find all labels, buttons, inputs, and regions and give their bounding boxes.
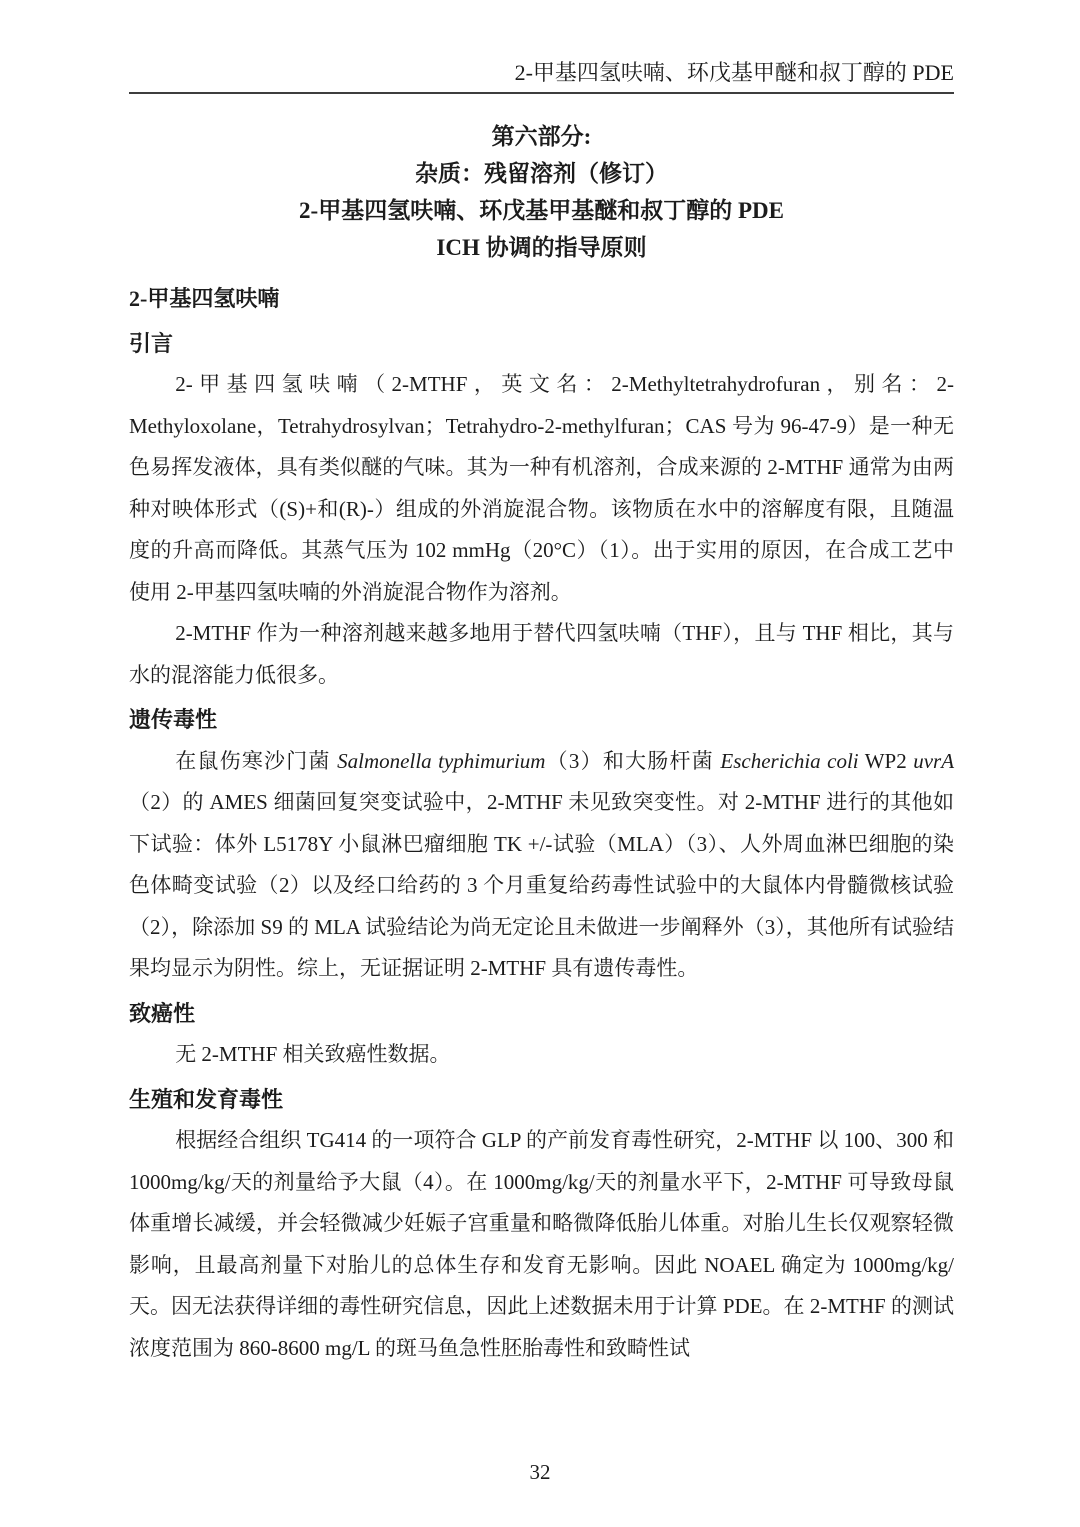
intro-paragraph-1: 2-甲基四氢呋喃（2-MTHF，英文名：2-Methyltetrahydrofu… — [129, 364, 954, 613]
page-footer: 32 — [0, 1460, 1080, 1485]
genotoxicity-text-segment: WP2 — [859, 749, 914, 773]
running-header-title: 2-甲基四氢呋喃、环戊基甲醚和叔丁醇的 PDE — [515, 60, 954, 85]
genotoxicity-text-segment: （3）和大肠杆菌 — [545, 749, 720, 773]
section-heading-carcinogenicity: 致癌性 — [129, 993, 954, 1035]
section-heading-reproductive-toxicity: 生殖和发育毒性 — [129, 1079, 954, 1121]
title-part-number: 第六部分: — [129, 118, 954, 155]
title-subtitle: 杂质：残留溶剂（修订） — [129, 155, 954, 192]
page-number: 32 — [530, 1460, 551, 1484]
section-heading-introduction: 引言 — [129, 323, 954, 365]
title-block: 第六部分: 杂质：残留溶剂（修订） 2-甲基四氢呋喃、环戊基甲基醚和叔丁醇的 P… — [129, 118, 954, 266]
title-document-name: 2-甲基四氢呋喃、环戊基甲基醚和叔丁醇的 PDE — [129, 192, 954, 229]
genotoxicity-paragraph: 在鼠伤寒沙门菌 Salmonella typhimurium（3）和大肠杆菌 E… — [129, 741, 954, 990]
genotoxicity-text-segment: （2）的 AMES 细菌回复突变试验中，2-MTHF 未见致突变性。对 2-MT… — [129, 790, 954, 980]
genotoxicity-species-latin-name: Escherichia coli — [720, 749, 858, 773]
chapter-heading-2mthf: 2-甲基四氢呋喃 — [129, 278, 954, 320]
carcinogenicity-paragraph: 无 2-MTHF 相关致癌性数据。 — [129, 1034, 954, 1076]
document-body: 2-甲基四氢呋喃 引言 2-甲基四氢呋喃（2-MTHF，英文名：2-Methyl… — [129, 278, 954, 1369]
page-content-column: 2-甲基四氢呋喃、环戊基甲醚和叔丁醇的 PDE 第六部分: 杂质：残留溶剂（修订… — [129, 0, 954, 1369]
genotoxicity-text-segment: 在鼠伤寒沙门菌 — [175, 749, 337, 773]
title-guideline-label: ICH 协调的指导原则 — [129, 229, 954, 266]
genotoxicity-strain-latin-name: uvrA — [913, 749, 954, 773]
reproductive-toxicity-paragraph: 根据经合组织 TG414 的一项符合 GLP 的产前发育毒性研究，2-MTHF … — [129, 1120, 954, 1369]
section-heading-genotoxicity: 遗传毒性 — [129, 699, 954, 741]
genotoxicity-species-latin-name: Salmonella typhimurium — [337, 749, 545, 773]
running-header: 2-甲基四氢呋喃、环戊基甲醚和叔丁醇的 PDE — [129, 0, 954, 94]
intro-paragraph-2: 2-MTHF 作为一种溶剂越来越多地用于替代四氢呋喃（THF），且与 THF 相… — [129, 613, 954, 696]
document-page: 2-甲基四氢呋喃、环戊基甲醚和叔丁醇的 PDE 第六部分: 杂质：残留溶剂（修订… — [0, 0, 1080, 1527]
